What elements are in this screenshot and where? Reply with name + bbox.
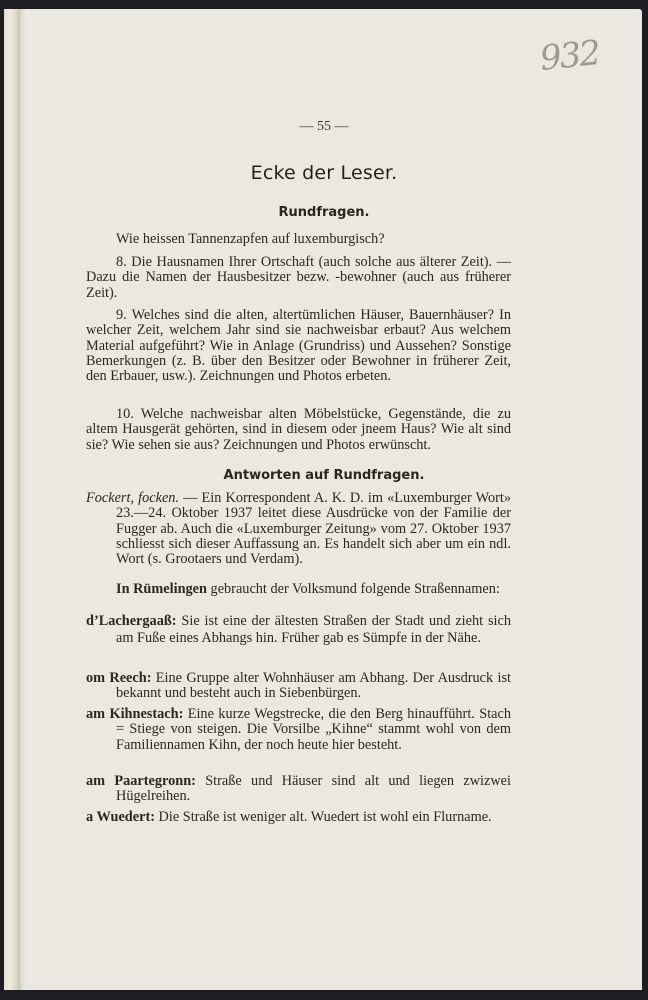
street-entry-wuedert: a Wuedert: Die Straße ist weniger alt. W…: [86, 810, 511, 825]
ruemelingen-intro: In Rümelingen gebraucht der Volksmund fo…: [86, 582, 511, 597]
question-text: 9. Welches sind die alten, altertümliche…: [86, 308, 511, 384]
handwritten-archive-number: 932: [538, 33, 601, 79]
section-heading-antworten: Antworten auf Rundfragen.: [0, 468, 648, 483]
street-name: Paartegronn:: [114, 773, 196, 789]
question-text: 10. Welche nachweisbar alten Möbelstücke…: [86, 407, 511, 453]
street-name: Reech:: [109, 670, 151, 686]
street-prefix: om: [86, 670, 109, 686]
answer-fockert: Fockert, focken. — Ein Korrespondent A. …: [86, 491, 511, 567]
street-name: Lachergaaß:: [99, 613, 177, 629]
street-name: Kihnestach:: [109, 706, 183, 722]
place-name: In Rümelingen: [116, 581, 207, 597]
street-entry-paartegronn: am Paartegronn: Straße und Häuser sind a…: [86, 774, 511, 805]
street-prefix: am: [86, 706, 109, 722]
street-entry-kihnestach: am Kihnestach: Eine kurze Wegstrecke, di…: [86, 707, 511, 753]
question-9: 9. Welches sind die alten, altertümliche…: [86, 308, 511, 384]
street-entry-lachergaass: d’Lachergaaß: Sie ist eine der ältesten …: [86, 613, 511, 646]
street-prefix: d’: [86, 613, 99, 629]
street-description: Die Straße ist weniger alt. Wuedert ist …: [155, 809, 492, 825]
intro-text: gebraucht der Volksmund folgende Straßen…: [207, 581, 500, 597]
binding-edge: [4, 9, 20, 990]
intro-question: Wie heissen Tannenzapfen auf luxemburgis…: [86, 232, 511, 247]
street-prefix: am: [86, 773, 114, 789]
question-8: 8. Die Hausnamen Ihrer Ortschaft (auch s…: [86, 255, 511, 301]
section-heading-rundfragen: Rundfragen.: [0, 205, 648, 220]
binding-shadow: [20, 9, 26, 990]
street-name: Wuedert:: [96, 809, 155, 825]
page-title: Ecke der Leser.: [0, 162, 648, 184]
street-description: Eine Gruppe alter Wohnhäuser am Abhang. …: [116, 670, 511, 701]
rundfragen-intro: Wie heissen Tannenzapfen auf luxemburgis…: [86, 232, 511, 247]
answer-term: Fockert, focken.: [86, 490, 179, 506]
street-prefix: a: [86, 809, 96, 825]
street-entry-reech: om Reech: Eine Gruppe alter Wohnhäuser a…: [86, 671, 511, 702]
question-10: 10. Welche nachweisbar alten Möbelstücke…: [86, 407, 511, 453]
question-text: 8. Die Hausnamen Ihrer Ortschaft (auch s…: [86, 255, 511, 301]
page-number: — 55 —: [0, 119, 648, 135]
